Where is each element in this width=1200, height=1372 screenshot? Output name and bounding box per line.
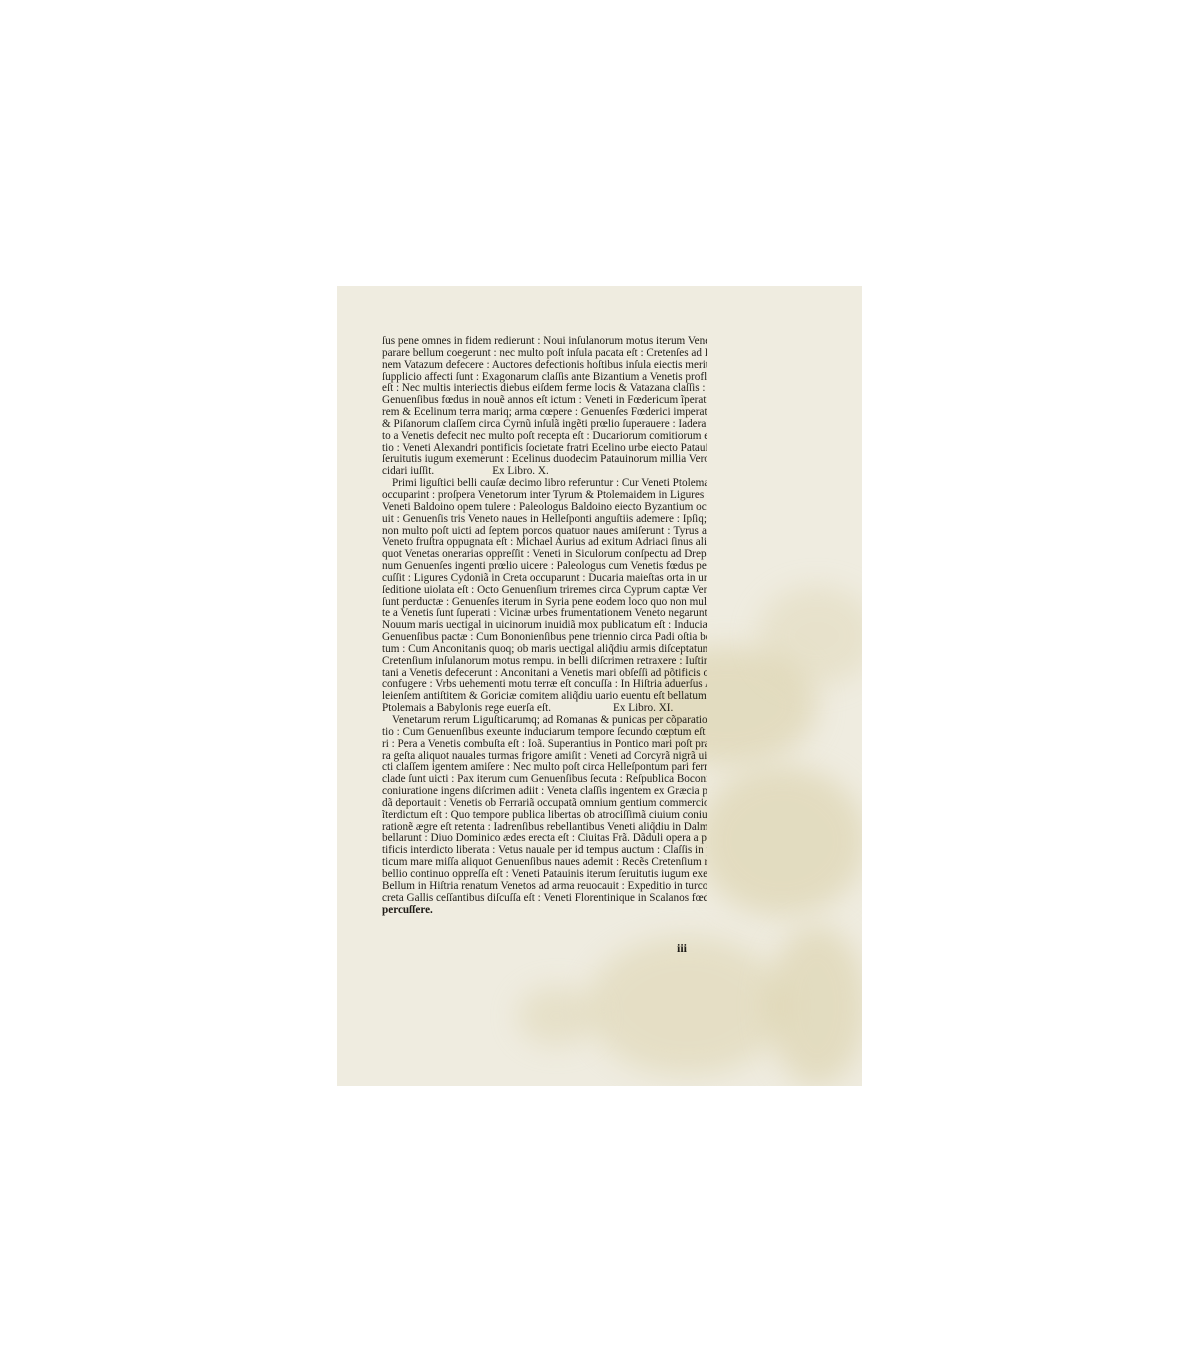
text-line: ſeruitutis iugum exemerunt : Ecelinus du… bbox=[382, 454, 707, 466]
text-line: uit : Genuenſis tris Veneto naues in Hel… bbox=[382, 514, 707, 526]
text-line: rationẽ ægre eſt retenta : Iadrenſibus r… bbox=[382, 822, 707, 834]
text-line: ſus pene omnes in fidem redierunt : Noui… bbox=[382, 336, 707, 348]
text-line: tio : Veneti Alexandri pontificis ſociet… bbox=[382, 443, 707, 455]
text-line: & Piſanorum claſſem circa Cyrnũ inſulã i… bbox=[382, 419, 707, 431]
text-line: Bellum in Hiſtria renatum Venetos ad arm… bbox=[382, 881, 707, 893]
body-text: ſus pene omnes in fidem redierunt : Noui… bbox=[382, 336, 707, 916]
text-line: Veneti Baldoino opem tulere : Paleologus… bbox=[382, 502, 707, 514]
text-line: Genuenſibus pactæ : Cum Bononienſibus pe… bbox=[382, 632, 707, 644]
book-heading: Ex Libro. X. bbox=[492, 466, 549, 478]
text-line: to a Venetis defecit nec multo poſt rece… bbox=[382, 431, 707, 443]
water-stain bbox=[697, 766, 862, 916]
text-line: non multo poſt uicti ad ſeptem porcos qu… bbox=[382, 526, 707, 538]
text-line: Cretenſium inſulanorum motus rempu. in b… bbox=[382, 656, 707, 668]
text-line: ſupplicio affecti ſunt : Exagonarum claſ… bbox=[382, 372, 707, 384]
text-line: Venetarum rerum Liguſticarumq; ad Romana… bbox=[382, 715, 707, 727]
text-line: num Genuenſes ingenti prœlio uicere : Pa… bbox=[382, 561, 707, 573]
text-line: ſunt perductæ : Genuenſes iterum in Syri… bbox=[382, 597, 707, 609]
text-line: ra geſta aliquot nauales turmas frigore … bbox=[382, 751, 707, 763]
water-stain bbox=[767, 926, 862, 1086]
text-line: dã deportauit : Venetis ob Ferrariã occu… bbox=[382, 798, 707, 810]
text-line: Veneto fruſtra oppugnata eſt : Michael A… bbox=[382, 537, 707, 549]
text-line: coniuratione ingens diſcrimen adiit : Ve… bbox=[382, 786, 707, 798]
book-heading: Ex Libro. XI. bbox=[613, 703, 673, 715]
water-stain bbox=[587, 936, 787, 1076]
text-line: bellarunt : Diuo Dominico ædes erecta eſ… bbox=[382, 833, 707, 845]
text-line: Nouum maris uectigal in uicinorum inuidi… bbox=[382, 620, 707, 632]
page-number: iii bbox=[677, 941, 687, 956]
text-line: Primi liguſtici belli cauſæ decimo libro… bbox=[382, 478, 707, 490]
text-line: tum : Cum Anconitanis quoq; ob maris uec… bbox=[382, 644, 707, 656]
text-line: cuſſit : Ligures Cydoniã in Creta occupa… bbox=[382, 573, 707, 585]
text-line: clade ſunt uicti : Pax iterum cum Genuen… bbox=[382, 774, 707, 786]
text-line: cti claſſem igentem amiſere : Nec multo … bbox=[382, 762, 707, 774]
text-line: Genuenſibus fœdus in nouẽ annos eſt ictu… bbox=[382, 395, 707, 407]
text-line: te a Venetis ſunt ſuperati : Vicinæ urbe… bbox=[382, 608, 707, 620]
text-line: confugere : Vrbs uehementi motu terræ eſ… bbox=[382, 679, 707, 691]
text-line: parare bellum coegerunt : nec multo poſt… bbox=[382, 348, 707, 360]
text-fragment: Ptolemais a Babylonis rege euerſa eſt. bbox=[382, 703, 551, 714]
water-stain bbox=[517, 986, 597, 1046]
text-line: cidari iuſſit.Ex Libro. X. bbox=[382, 466, 707, 478]
text-line: occuparint : proſpera Venetorum inter Ty… bbox=[382, 490, 707, 502]
text-line: bellio continuo oppreſſa eſt : Veneti Pa… bbox=[382, 869, 707, 881]
text-line: quot Venetas onerarias oppreſſit : Venet… bbox=[382, 549, 707, 561]
text-line: rem & Ecelinum terra mariq; arma cœpere … bbox=[382, 407, 707, 419]
text-line: ſeditione uiolata eſt : Octo Genuenſium … bbox=[382, 585, 707, 597]
text-fragment: cidari iuſſit. bbox=[382, 466, 434, 477]
text-line: nem Vatazum defecere : Auctores defectio… bbox=[382, 360, 707, 372]
text-line: Ptolemais a Babylonis rege euerſa eſt.Ex… bbox=[382, 703, 707, 715]
text-line: ĩterdictum eſt : Quo tempore publica lib… bbox=[382, 810, 707, 822]
text-line: creta Gallis ceſſantibus diſcuſſa eſt : … bbox=[382, 893, 707, 905]
text-line: tio : Cum Genuenſibus exeunte induciarum… bbox=[382, 727, 707, 739]
text-line: leienſem antiſtitem & Goriciæ comitem al… bbox=[382, 691, 707, 703]
text-line: eſt : Nec multis interiectis diebus eiſd… bbox=[382, 383, 707, 395]
text-line: ri : Pera a Venetis combuſta eſt : Ioã. … bbox=[382, 739, 707, 751]
text-line: percuſſere. bbox=[382, 905, 707, 917]
text-line: tani a Venetis defecerunt : Anconitani a… bbox=[382, 668, 707, 680]
text-line: tificis interdicto liberata : Vetus naua… bbox=[382, 845, 707, 857]
text-line: ticum mare miſſa aliquot Genuenſibus nau… bbox=[382, 857, 707, 869]
manuscript-page: ſus pene omnes in fidem redierunt : Noui… bbox=[337, 286, 862, 1086]
